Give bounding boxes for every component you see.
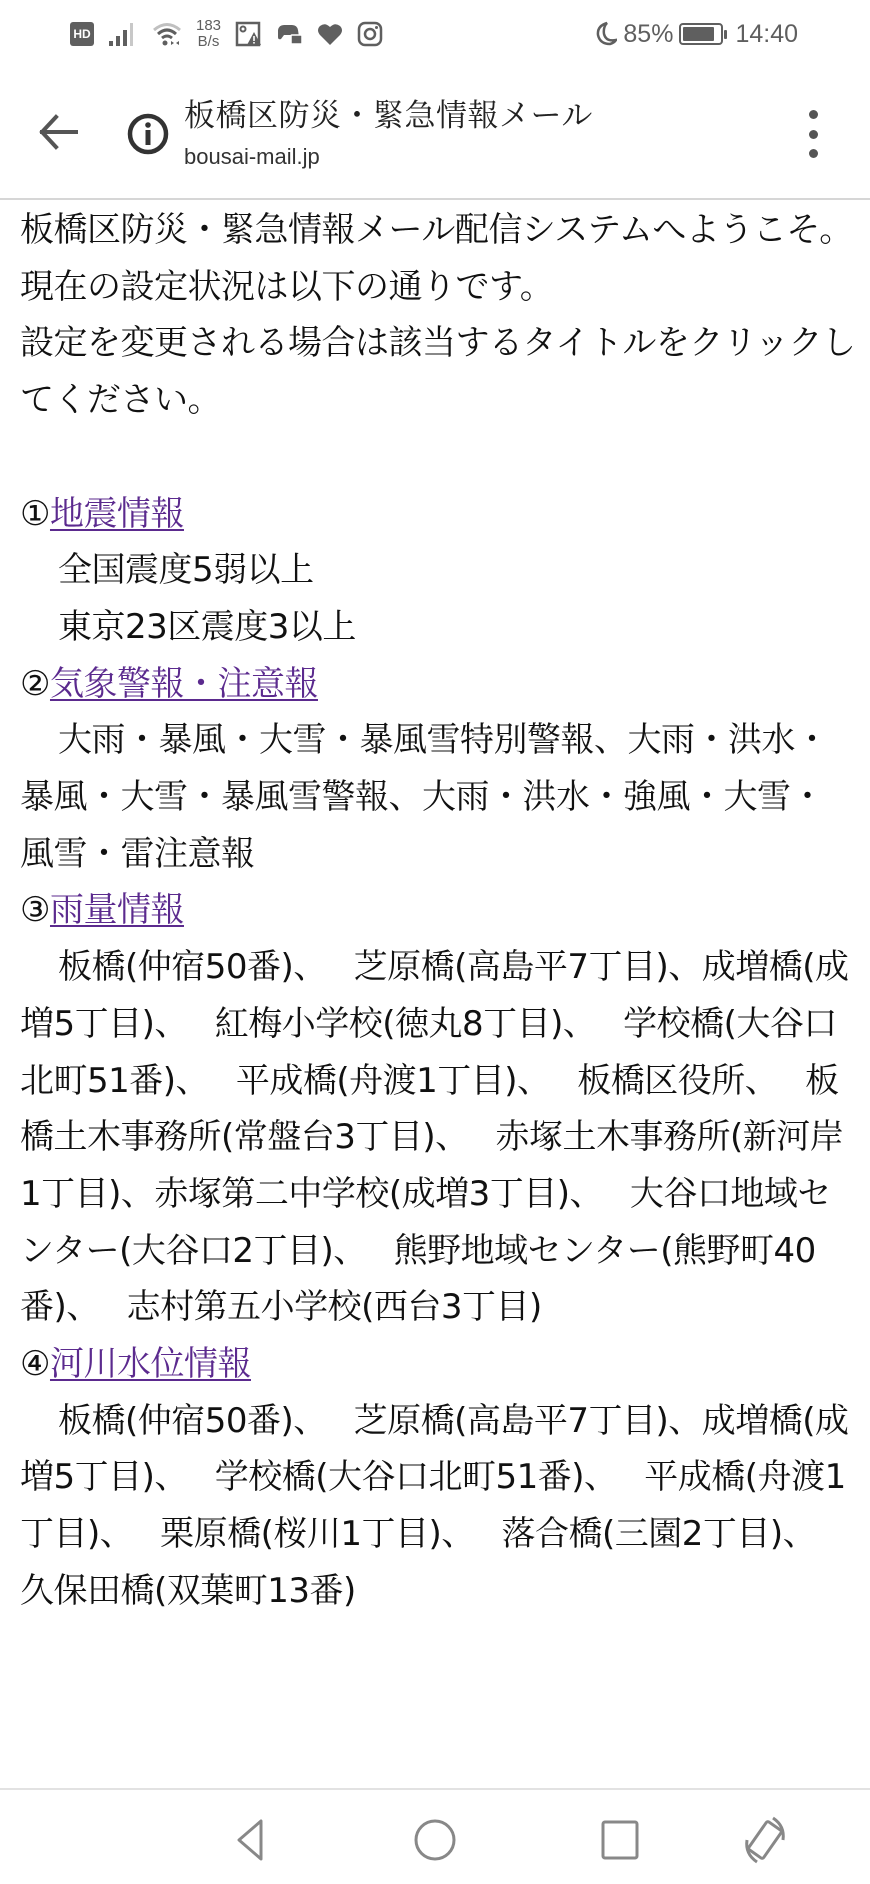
battery-icon (679, 23, 723, 45)
intro-status: 現在の設定状況は以下の通りです。 (20, 259, 856, 316)
instagram-icon (357, 21, 383, 47)
game-controller-icon (275, 22, 303, 46)
intro-welcome: 板橋区防災・緊急情報メール配信システムへようこそ。 (20, 202, 856, 259)
spacer (20, 429, 856, 486)
battery-percent: 85% (623, 20, 673, 49)
section-number: ③ (20, 882, 50, 939)
more-options-button[interactable] (800, 110, 826, 158)
back-button[interactable] (34, 106, 82, 158)
dot (809, 130, 818, 139)
earthquake-setting-national: 全国震度5弱以上 (20, 542, 856, 599)
circle-home-icon (413, 1818, 457, 1862)
page-content: 板橋区防災・緊急情報メール配信システムへようこそ。 現在の設定状況は以下の通りで… (20, 202, 856, 1620)
intro-instruction: 設定を変更される場合は該当するタイトルをクリックしてください。 (20, 315, 856, 428)
browser-app-bar: 板橋区防災・緊急情報メール bousai-mail.jp (0, 66, 870, 200)
rotate-screen-icon (739, 1814, 791, 1866)
section-earthquake: ①地震情報 (20, 486, 856, 543)
nav-back-button[interactable] (222, 1812, 278, 1868)
link-weather-warning[interactable]: 気象警報・注意報 (50, 664, 318, 704)
section-number: ① (20, 486, 50, 543)
clock: 14:40 (735, 20, 798, 49)
section-number: ② (20, 656, 50, 713)
status-icons-right: 85% 14:40 (593, 14, 798, 54)
rainfall-stations: 板橋(仲宿50番)、 芝原橋(高島平7丁目)、成増橋(成増5丁目)、 紅梅小学校… (20, 939, 856, 1336)
page-url: bousai-mail.jp (184, 144, 320, 170)
section-rainfall: ③雨量情報 (20, 882, 856, 939)
hd-icon: HD (70, 22, 94, 46)
signal-icon (108, 21, 138, 47)
wifi-icon (152, 21, 182, 47)
info-icon (126, 112, 170, 156)
link-river-level-info[interactable]: 河川水位情報 (50, 1344, 251, 1384)
weather-warning-settings: 大雨・暴風・大雪・暴風雪特別警報、大雨・洪水・暴風・大雪・暴風雪警報、大雨・洪水… (20, 712, 856, 882)
triangle-back-icon (230, 1818, 270, 1862)
page-title: 板橋区防災・緊急情報メール (184, 90, 593, 135)
nav-home-button[interactable] (407, 1812, 463, 1868)
nav-rotate-button[interactable] (737, 1812, 793, 1868)
site-info-button[interactable] (126, 112, 170, 156)
section-river-level: ④河川水位情報 (20, 1336, 856, 1393)
nav-recents-button[interactable] (592, 1812, 648, 1868)
section-number: ④ (20, 1336, 50, 1393)
dot (809, 149, 818, 158)
network-speed: 183 B/s (196, 18, 221, 50)
heart-icon (317, 22, 343, 46)
link-rainfall-info[interactable]: 雨量情報 (50, 890, 184, 930)
link-earthquake-info[interactable]: 地震情報 (50, 494, 184, 534)
image-warning-icon (235, 21, 261, 47)
arrow-left-icon (38, 114, 78, 150)
river-level-stations: 板橋(仲宿50番)、 芝原橋(高島平7丁目)、成増橋(成増5丁目)、 学校橋(大… (20, 1393, 856, 1620)
section-weather-warning: ②気象警報・注意報 (20, 656, 856, 713)
status-icons-left: HD 183 B/s (70, 14, 383, 54)
system-nav-bar (0, 1788, 870, 1884)
earthquake-setting-tokyo: 東京23区震度3以上 (20, 599, 856, 656)
status-bar: HD 183 B/s (0, 0, 870, 66)
square-recents-icon (600, 1818, 640, 1862)
moon-icon (593, 21, 617, 47)
dot (809, 110, 818, 119)
